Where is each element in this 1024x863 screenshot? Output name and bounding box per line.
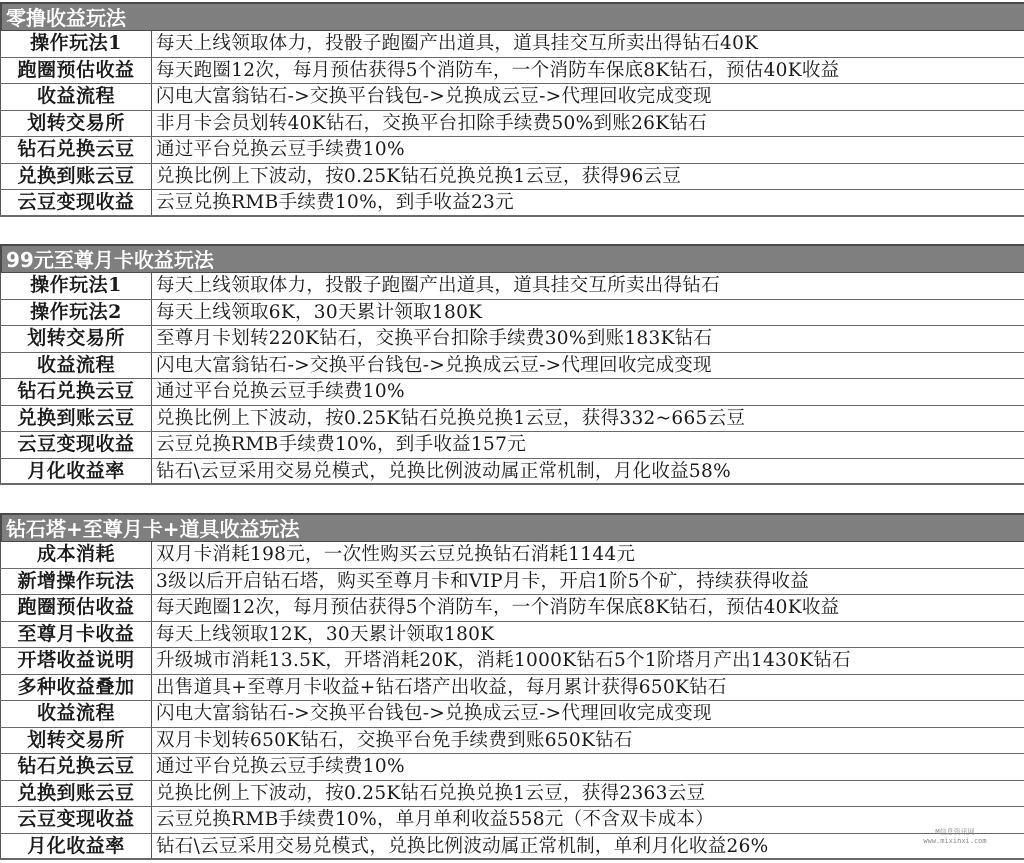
row-value: 钻石\云豆采用交易兑模式，兑换比例波动属正常机制，月化收益58% bbox=[152, 459, 1024, 484]
table-row: 操作玩法2每天上线领取6K，30天累计领取180K bbox=[0, 300, 1024, 327]
table-row: 兑换到账云豆兑换比例上下波动，按0.25K钻石兑换兑换1云豆，获得96云豆 bbox=[0, 164, 1024, 191]
row-value: 3级以后开启钻石塔，购买至尊月卡和VIP月卡，开启1阶5个矿，持续获得收益 bbox=[152, 569, 1024, 595]
row-label: 月化收益率 bbox=[0, 459, 152, 484]
row-value: 双月卡消耗198元，一次性购买云豆兑换钻石消耗1144元 bbox=[152, 542, 1024, 568]
row-label: 至尊月卡收益 bbox=[0, 622, 152, 648]
row-value: 兑换比例上下波动，按0.25K钻石兑换兑换1云豆，获得96云豆 bbox=[152, 164, 1024, 190]
table-row: 收益流程闪电大富翁钻石->交换平台钱包->兑换成云豆->代理回收完成变现 bbox=[0, 701, 1024, 728]
table-row: 开塔收益说明升级城市消耗13.5K，开塔消耗20K，消耗1000K钻石5个1阶塔… bbox=[0, 648, 1024, 675]
row-label: 收益流程 bbox=[0, 701, 152, 727]
row-label: 跑圈预估收益 bbox=[0, 58, 152, 84]
row-value: 钻石\云豆采用交易兑模式，兑换比例波动属正常机制，单利月化收益26% bbox=[152, 834, 1024, 859]
row-value: 云豆兑换RMB手续费10%，单月单利收益558元（不含双卡成本） bbox=[152, 807, 1024, 833]
table-row: 兑换到账云豆兑换比例上下波动，按0.25K钻石兑换兑换1云豆，获得2363云豆 bbox=[0, 781, 1024, 808]
row-label: 开塔收益说明 bbox=[0, 648, 152, 674]
row-label: 钻石兑换云豆 bbox=[0, 137, 152, 163]
row-value: 闪电大富翁钻石->交换平台钱包->兑换成云豆->代理回收完成变现 bbox=[152, 353, 1024, 379]
table-row: 跑圈预估收益每天跑圈12次，每月预估获得5个消防车，一个消防车保底8K钻石，预估… bbox=[0, 58, 1024, 85]
table-row: 收益流程闪电大富翁钻石->交换平台钱包->兑换成云豆->代理回收完成变现 bbox=[0, 353, 1024, 380]
watermark: M信息资讯网 www.mixinxi.com bbox=[915, 828, 995, 846]
table-row: 兑换到账云豆兑换比例上下波动，按0.25K钻石兑换兑换1云豆，获得332~665… bbox=[0, 406, 1024, 433]
section-table: 成本消耗双月卡消耗198元，一次性购买云豆兑换钻石消耗1144元 新增操作玩法3… bbox=[0, 542, 1024, 860]
row-label: 云豆变现收益 bbox=[0, 807, 152, 833]
table-row: 云豆变现收益云豆兑换RMB手续费10%，单月单利收益558元（不含双卡成本） bbox=[0, 807, 1024, 834]
row-label: 操作玩法2 bbox=[0, 300, 152, 326]
section-zero-cost: 零撸收益玩法 操作玩法1每天上线领取体力，投骰子跑圈产出道具，道具挂交互所卖出得… bbox=[0, 2, 1024, 217]
section-title: 99元至尊月卡收益玩法 bbox=[0, 244, 1024, 273]
row-label: 收益流程 bbox=[0, 84, 152, 110]
row-label: 新增操作玩法 bbox=[0, 569, 152, 595]
row-value: 至尊月卡划转220K钻石，交换平台扣除手续费30%到账183K钻石 bbox=[152, 326, 1024, 352]
row-value: 每天上线领取体力，投骰子跑圈产出道具，道具挂交互所卖出得钻石 bbox=[152, 273, 1024, 299]
section-monthly-card: 99元至尊月卡收益玩法 操作玩法1每天上线领取体力，投骰子跑圈产出道具，道具挂交… bbox=[0, 244, 1024, 485]
table-row: 月化收益率钻石\云豆采用交易兑模式，兑换比例波动属正常机制，单利月化收益26% bbox=[0, 834, 1024, 861]
row-value: 出售道具+至尊月卡收益+钻石塔产出收益，每月累计获得650K钻石 bbox=[152, 675, 1024, 701]
row-value: 闪电大富翁钻石->交换平台钱包->兑换成云豆->代理回收完成变现 bbox=[152, 84, 1024, 110]
row-label: 云豆变现收益 bbox=[0, 190, 152, 215]
table-row: 新增操作玩法3级以后开启钻石塔，购买至尊月卡和VIP月卡，开启1阶5个矿，持续获… bbox=[0, 569, 1024, 596]
row-value: 闪电大富翁钻石->交换平台钱包->兑换成云豆->代理回收完成变现 bbox=[152, 701, 1024, 727]
table-row: 划转交易所非月卡会员划转40K钻石，交换平台扣除手续费50%到账26K钻石 bbox=[0, 111, 1024, 138]
row-label: 划转交易所 bbox=[0, 728, 152, 754]
row-label: 多种收益叠加 bbox=[0, 675, 152, 701]
table-row: 划转交易所双月卡划转650K钻石，交换平台免手续费到账650K钻石 bbox=[0, 728, 1024, 755]
table-row: 跑圈预估收益每天跑圈12次，每月预估获得5个消防车，一个消防车保底8K钻石，预估… bbox=[0, 595, 1024, 622]
row-value: 每天上线领取6K，30天累计领取180K bbox=[152, 300, 1024, 326]
row-value: 双月卡划转650K钻石，交换平台免手续费到账650K钻石 bbox=[152, 728, 1024, 754]
row-label: 划转交易所 bbox=[0, 326, 152, 352]
table-row: 划转交易所至尊月卡划转220K钻石，交换平台扣除手续费30%到账183K钻石 bbox=[0, 326, 1024, 353]
section-title: 钻石塔+至尊月卡+道具收益玩法 bbox=[0, 513, 1024, 542]
section-table: 操作玩法1每天上线领取体力，投骰子跑圈产出道具，道具挂交互所卖出得钻石 操作玩法… bbox=[0, 273, 1024, 485]
row-label: 云豆变现收益 bbox=[0, 432, 152, 458]
row-label: 钻石兑换云豆 bbox=[0, 379, 152, 405]
row-label: 兑换到账云豆 bbox=[0, 781, 152, 807]
row-value: 云豆兑换RMB手续费10%，到手收益157元 bbox=[152, 432, 1024, 458]
row-value: 升级城市消耗13.5K，开塔消耗20K，消耗1000K钻石5个1阶塔月产出143… bbox=[152, 648, 1024, 674]
row-label: 跑圈预估收益 bbox=[0, 595, 152, 621]
table-row: 月化收益率钻石\云豆采用交易兑模式，兑换比例波动属正常机制，月化收益58% bbox=[0, 459, 1024, 486]
row-value: 每天上线领取体力，投骰子跑圈产出道具，道具挂交互所卖出得钻石40K bbox=[152, 31, 1024, 57]
row-label: 操作玩法1 bbox=[0, 273, 152, 299]
table-row: 多种收益叠加出售道具+至尊月卡收益+钻石塔产出收益，每月累计获得650K钻石 bbox=[0, 675, 1024, 702]
row-label: 成本消耗 bbox=[0, 542, 152, 568]
table-row: 操作玩法1每天上线领取体力，投骰子跑圈产出道具，道具挂交互所卖出得钻石40K bbox=[0, 31, 1024, 58]
table-row: 云豆变现收益云豆兑换RMB手续费10%，到手收益157元 bbox=[0, 432, 1024, 459]
row-label: 钻石兑换云豆 bbox=[0, 754, 152, 780]
table-row: 成本消耗双月卡消耗198元，一次性购买云豆兑换钻石消耗1144元 bbox=[0, 542, 1024, 569]
section-diamond-tower: 钻石塔+至尊月卡+道具收益玩法 成本消耗双月卡消耗198元，一次性购买云豆兑换钻… bbox=[0, 513, 1024, 860]
row-value: 每天跑圈12次，每月预估获得5个消防车，一个消防车保底8K钻石，预估40K收益 bbox=[152, 58, 1024, 84]
table-row: 至尊月卡收益每天上线领取12K，30天累计领取180K bbox=[0, 622, 1024, 649]
row-value: 每天跑圈12次，每月预估获得5个消防车，一个消防车保底8K钻石，预估40K收益 bbox=[152, 595, 1024, 621]
row-value: 通过平台兑换云豆手续费10% bbox=[152, 379, 1024, 405]
table-row: 操作玩法1每天上线领取体力，投骰子跑圈产出道具，道具挂交互所卖出得钻石 bbox=[0, 273, 1024, 300]
row-value: 兑换比例上下波动，按0.25K钻石兑换兑换1云豆，获得332~665云豆 bbox=[152, 406, 1024, 432]
row-label: 兑换到账云豆 bbox=[0, 406, 152, 432]
row-value: 非月卡会员划转40K钻石，交换平台扣除手续费50%到账26K钻石 bbox=[152, 111, 1024, 137]
watermark-line-2: www.mixinxi.com bbox=[915, 837, 995, 846]
row-value: 每天上线领取12K，30天累计领取180K bbox=[152, 622, 1024, 648]
table-row: 云豆变现收益云豆兑换RMB手续费10%，到手收益23元 bbox=[0, 190, 1024, 217]
table-row: 钻石兑换云豆通过平台兑换云豆手续费10% bbox=[0, 754, 1024, 781]
section-table: 操作玩法1每天上线领取体力，投骰子跑圈产出道具，道具挂交互所卖出得钻石40K 跑… bbox=[0, 31, 1024, 217]
row-label: 兑换到账云豆 bbox=[0, 164, 152, 190]
row-value: 云豆兑换RMB手续费10%，到手收益23元 bbox=[152, 190, 1024, 215]
section-title: 零撸收益玩法 bbox=[0, 2, 1024, 31]
row-value: 兑换比例上下波动，按0.25K钻石兑换兑换1云豆，获得2363云豆 bbox=[152, 781, 1024, 807]
row-value: 通过平台兑换云豆手续费10% bbox=[152, 137, 1024, 163]
table-row: 钻石兑换云豆通过平台兑换云豆手续费10% bbox=[0, 379, 1024, 406]
row-label: 收益流程 bbox=[0, 353, 152, 379]
row-label: 月化收益率 bbox=[0, 834, 152, 859]
row-value: 通过平台兑换云豆手续费10% bbox=[152, 754, 1024, 780]
row-label: 操作玩法1 bbox=[0, 31, 152, 57]
row-label: 划转交易所 bbox=[0, 111, 152, 137]
table-row: 收益流程闪电大富翁钻石->交换平台钱包->兑换成云豆->代理回收完成变现 bbox=[0, 84, 1024, 111]
watermark-line-1: M信息资讯网 bbox=[915, 828, 995, 837]
table-row: 钻石兑换云豆通过平台兑换云豆手续费10% bbox=[0, 137, 1024, 164]
